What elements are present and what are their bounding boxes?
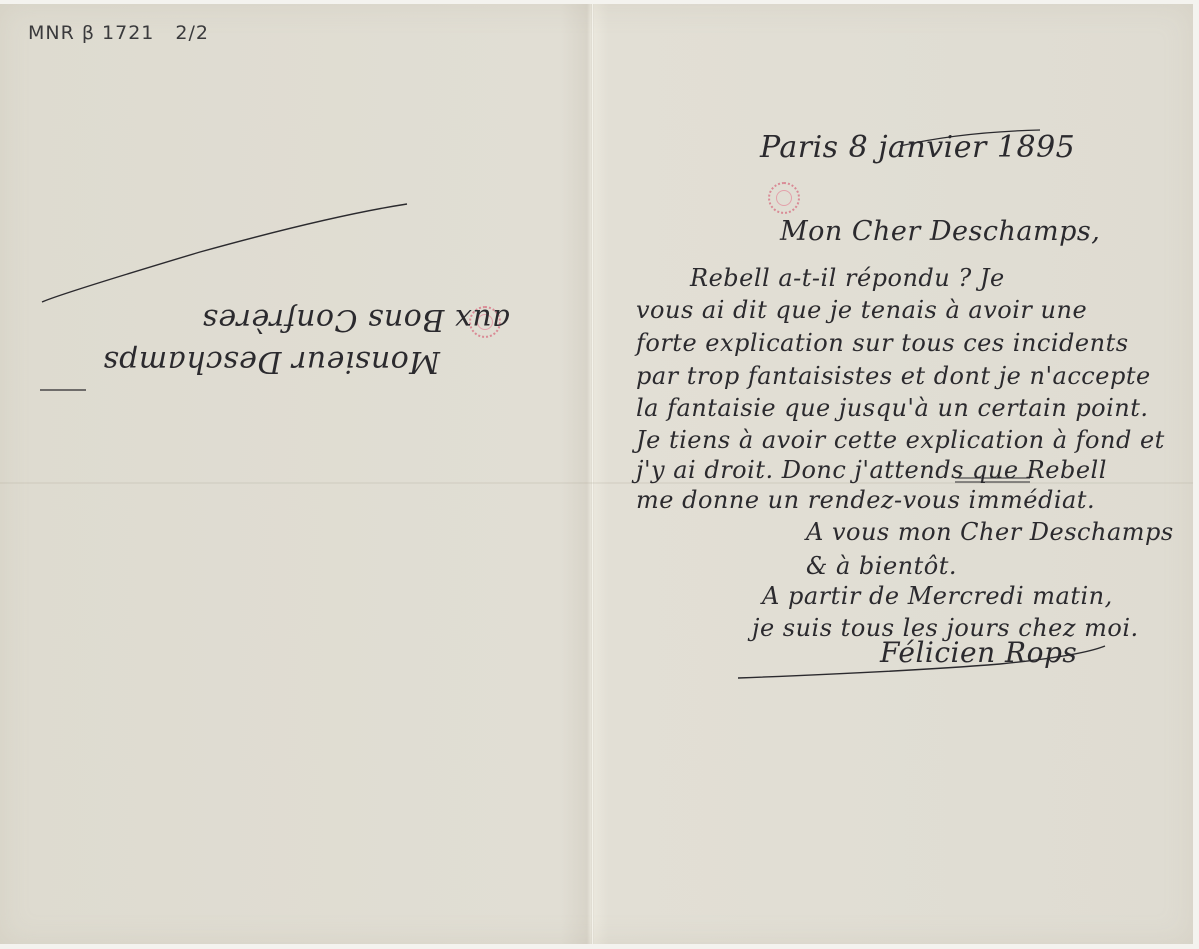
letter-sheet: MNR β 1721 2/2 Monsieur Deschamps aux Bo… — [0, 4, 1193, 944]
pen-flourishes — [0, 4, 1193, 944]
